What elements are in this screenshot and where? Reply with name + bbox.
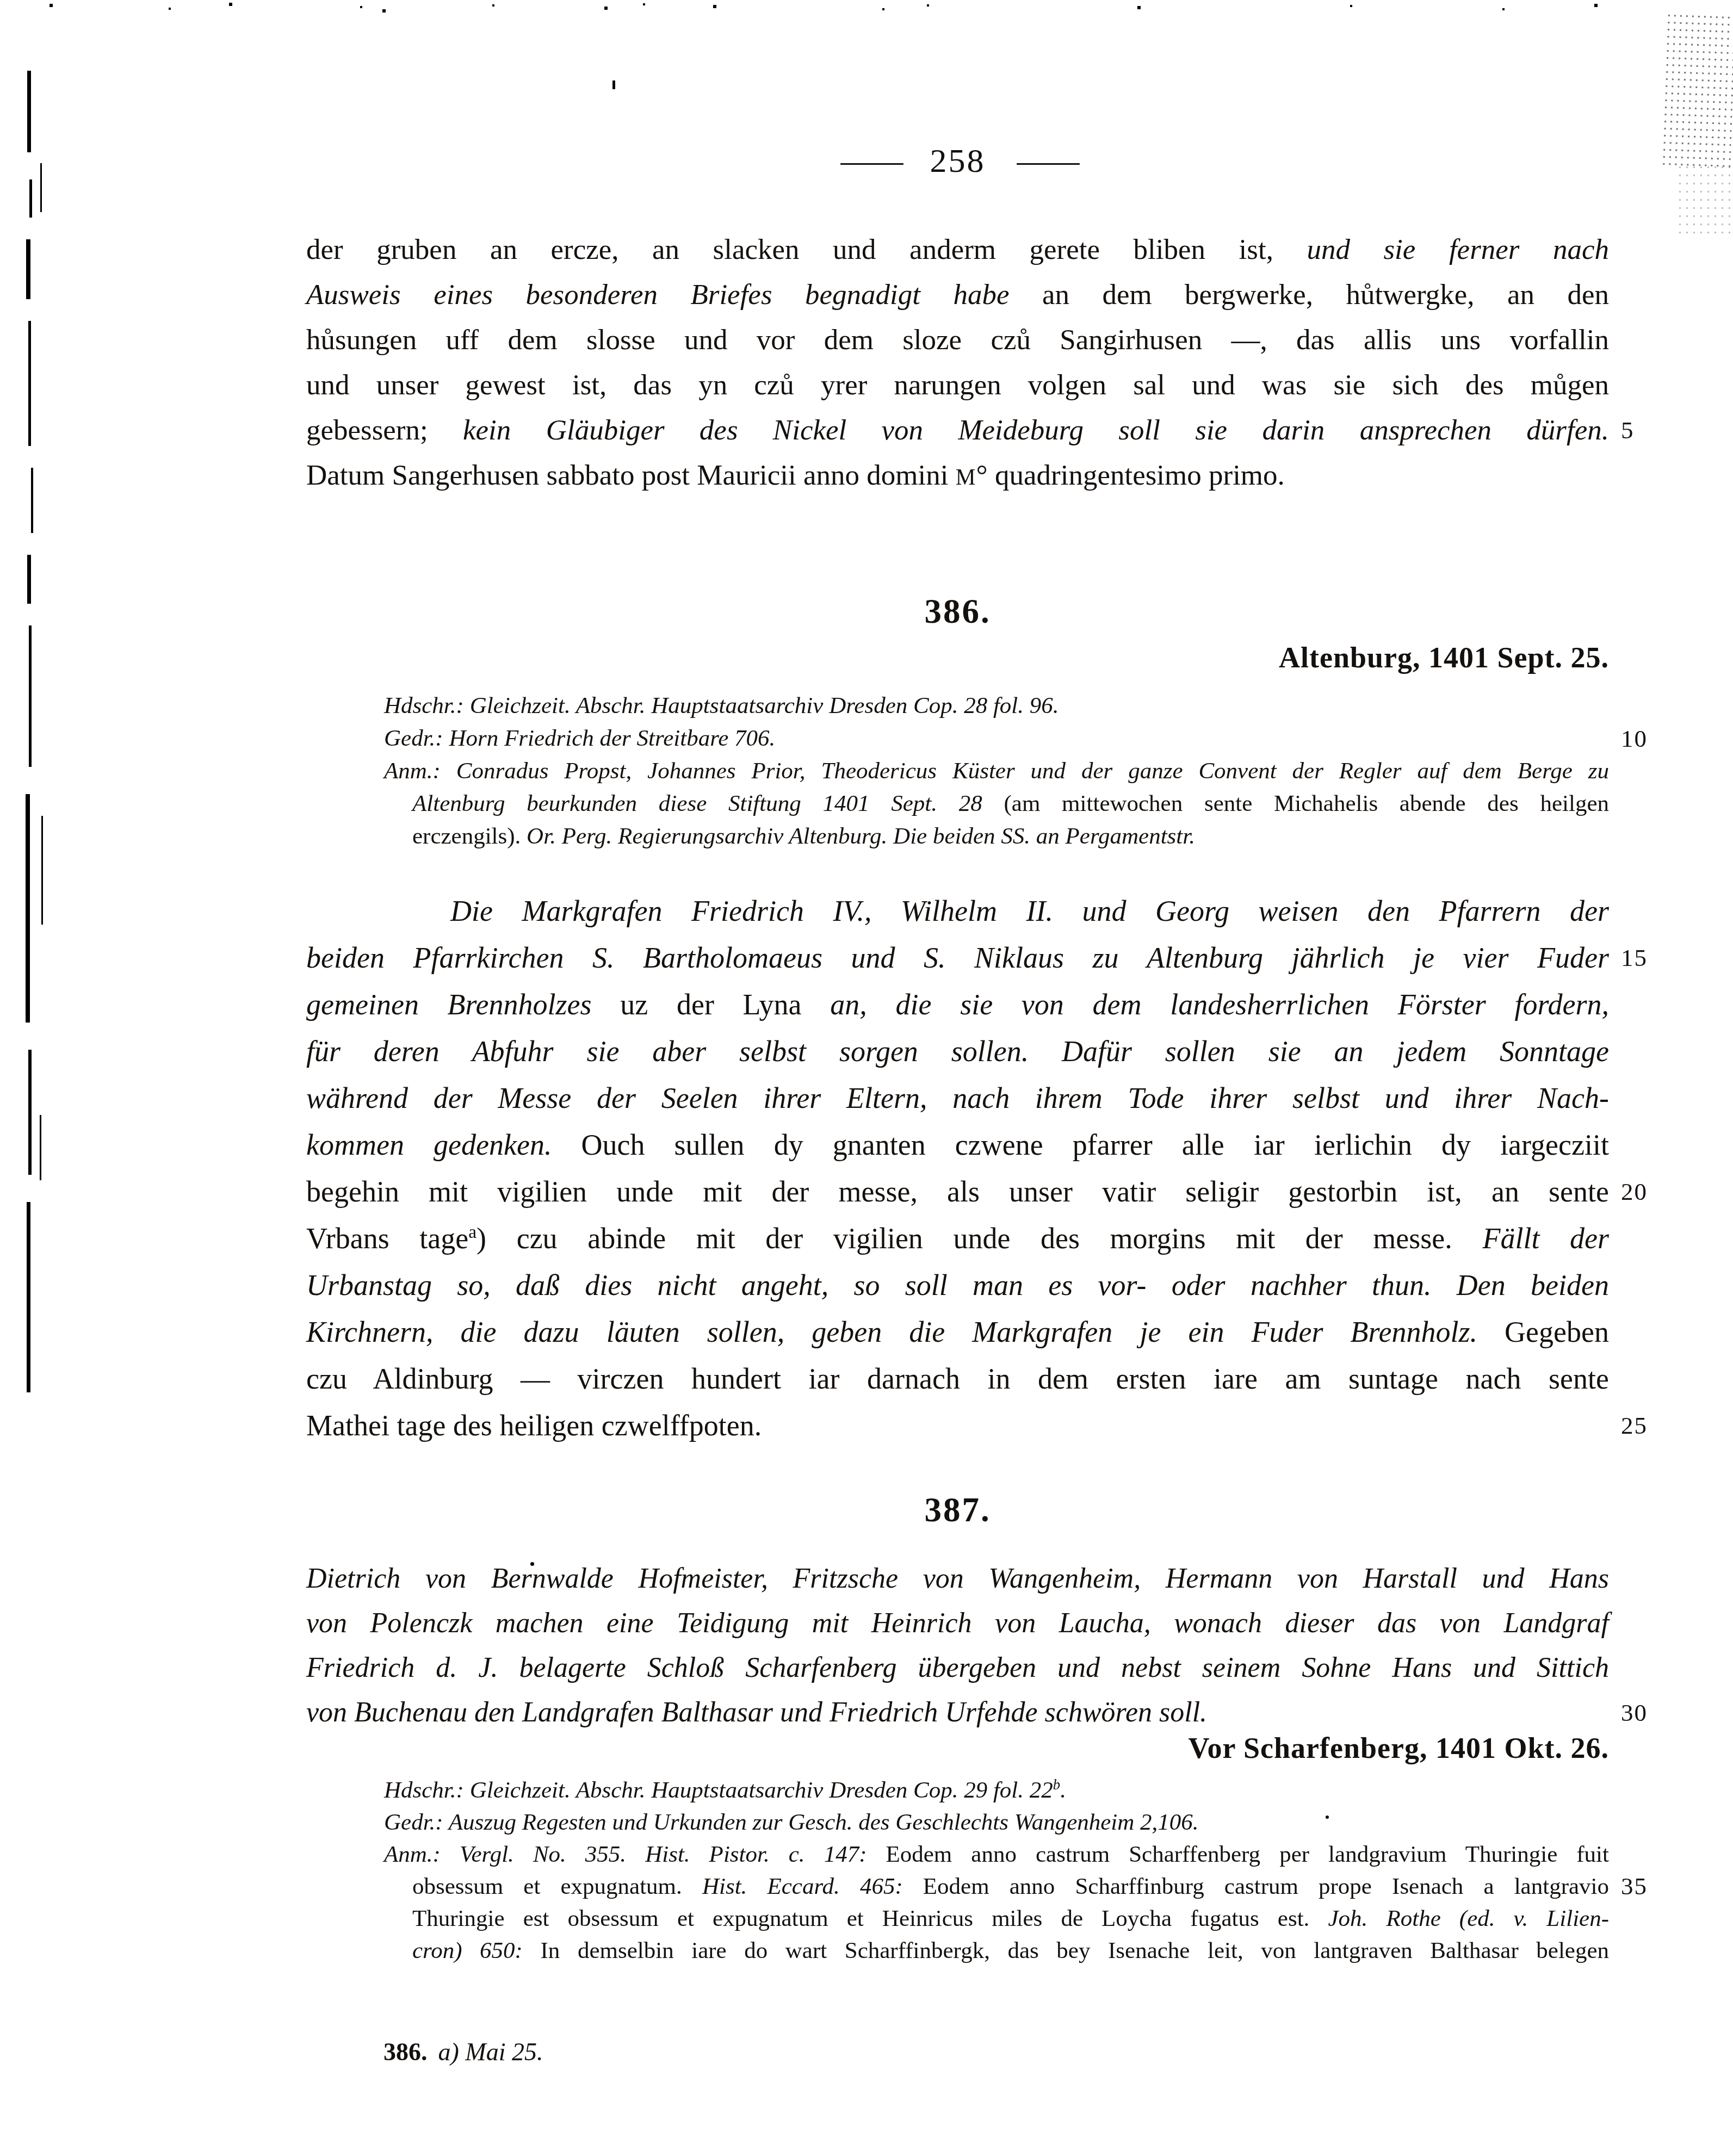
margin-line-number: 20 xyxy=(1621,1168,1692,1215)
text-line: Gedr.: Horn Friedrich der Streitbare 706… xyxy=(384,722,1609,755)
footnote: 386.a) Mai 25. xyxy=(383,2037,543,2067)
text-segment: kommen gedenken. xyxy=(306,1129,581,1161)
text-segment: während der Messe der Seelen ihrer Elter… xyxy=(306,1082,1609,1114)
text-line: kommen gedenken. Ouch sullen dy gnanten … xyxy=(306,1122,1609,1168)
text-line: Hdschr.: Gleichzeit. Abschr. Hauptstaats… xyxy=(384,690,1609,722)
entry-386-number-heading: 386. xyxy=(306,592,1609,631)
text-segment: . xyxy=(1060,1777,1066,1803)
text-line: Anm.: Vergl. No. 355. Hist. Pistor. c. 1… xyxy=(384,1838,1609,1870)
text-line: während der Messe der Seelen ihrer Elter… xyxy=(306,1075,1609,1122)
text-line: Kirchnern, die dazu läuten sollen, geben… xyxy=(306,1309,1609,1355)
text-segment: begehin mit vigilien unde mit der messe,… xyxy=(306,1175,1609,1208)
text-segment: quadringentesimo primo. xyxy=(988,460,1285,491)
text-segment: cron) 650: xyxy=(412,1938,541,1963)
text-line: Gedr.: Auszug Regesten und Urkunden zur … xyxy=(384,1806,1609,1838)
scan-artifact-halftone-top-right-fade xyxy=(1676,163,1733,234)
text-segment: Ausweis eines besonderen Briefes begnadi… xyxy=(306,279,1042,311)
scan-artifact-left-edge xyxy=(29,625,32,767)
text-segment: Mathei tage des heiligen czwelffpoten. xyxy=(306,1409,762,1442)
text-line: Dietrich von Bernwalde Hofmeister, Fritz… xyxy=(306,1557,1609,1601)
text-segment: für deren Abfuhr sie aber selbst sorgen … xyxy=(306,1035,1609,1068)
text-segment: Gegeben xyxy=(1505,1316,1609,1348)
scan-artifact-left-edge-thin xyxy=(40,1115,41,1180)
text-segment: Or. Perg. Regierungsarchiv Altenburg. Di… xyxy=(527,823,1195,849)
text-segment: kein Gläubiger des Nickel von Meideburg … xyxy=(463,414,1609,446)
text-segment: Thuringie est obsessum et expugnatum et … xyxy=(412,1906,1328,1931)
text-segment: ° xyxy=(976,460,988,491)
text-segment: Friedrich d. J. belagerte Schloß Scharfe… xyxy=(306,1652,1609,1683)
scan-artifact-left-edge xyxy=(26,239,30,299)
text-line: der gruben an ercze, an slacken und ande… xyxy=(306,227,1609,272)
text-line: cron) 650: In demselbin iare do wart Sch… xyxy=(384,1935,1609,1967)
footnote-entry-ref: 386. xyxy=(383,2038,428,2066)
text-segment: beiden Pfarrkirchen S. Bartholomaeus und… xyxy=(306,941,1609,974)
text-segment: Anm.: Vergl. No. 355. Hist. Pistor. c. 1… xyxy=(384,1842,886,1867)
header-dash-right: —— xyxy=(1017,143,1075,179)
text-line: erczengils). Or. Perg. Regierungsarchiv … xyxy=(384,820,1609,853)
text-segment: Altenburg beurkunden diese Stiftung 1401… xyxy=(412,791,1004,816)
text-segment: Eodem anno Scharffinburg castrum prope I… xyxy=(923,1874,1609,1899)
page-number: 258 xyxy=(930,143,986,179)
text-segment: In demselbin iare do wart Scharffinbergk… xyxy=(541,1938,1609,1963)
text-line: Altenburg beurkunden diese Stiftung 1401… xyxy=(384,788,1609,820)
text-segment: M xyxy=(956,464,976,490)
scan-artifact-left-edge xyxy=(31,468,33,533)
text-segment: und sie ferner nach xyxy=(1307,234,1609,265)
text-line: von Polenczk machen eine Teidigung mit H… xyxy=(306,1601,1609,1646)
text-line: Hdschr.: Gleichzeit. Abschr. Hauptstaats… xyxy=(384,1774,1609,1806)
text-segment: Urbanstag so, daß dies nicht angeht, so … xyxy=(306,1269,1609,1302)
page-number-header: ——258—— xyxy=(306,139,1609,183)
scan-artifact-left-edge xyxy=(28,1050,32,1175)
entry-386-regesta: Die Markgrafen Friedrich IV., Wilhelm II… xyxy=(306,888,1609,1449)
text-line: hůsungen uff dem slosse und vor dem sloz… xyxy=(306,318,1609,363)
text-line: Ausweis eines besonderen Briefes begnadi… xyxy=(306,272,1609,318)
text-segment: Datum Sangerhusen sabbato post Mauricii … xyxy=(306,460,956,491)
margin-line-number: 25 xyxy=(1621,1402,1692,1449)
text-segment: czu Aldinburg — virczen hundert iar darn… xyxy=(306,1362,1609,1395)
text-line: gemeinen Brennholzes uz der Lyna an, die… xyxy=(306,981,1609,1028)
text-line: Friedrich d. J. belagerte Schloß Scharfe… xyxy=(306,1646,1609,1690)
text-segment: obsessum et expugnatum. xyxy=(412,1874,702,1899)
scan-artifact-halftone-top-right xyxy=(1661,12,1733,172)
entry-386-dateline: Altenburg, 1401 Sept. 25. xyxy=(306,641,1609,674)
text-segment: an, die sie von dem landesherrlichen För… xyxy=(830,988,1609,1021)
text-segment: Fällt der xyxy=(1482,1222,1609,1255)
margin-line-number: 35 xyxy=(1621,1870,1692,1903)
text-segment: Vrbans tage xyxy=(306,1222,468,1255)
text-segment: Kirchnern, die dazu läuten sollen, geben… xyxy=(306,1316,1505,1348)
text-segment: a xyxy=(468,1222,476,1242)
text-segment: Dietrich von Bernwalde Hofmeister, Fritz… xyxy=(306,1563,1609,1594)
text-line: und unser gewest ist, das yn czů yrer na… xyxy=(306,363,1609,408)
text-segment: (am mittewochen sente Michahelis abende … xyxy=(1004,791,1609,816)
text-segment: b xyxy=(1053,1776,1060,1793)
text-segment: Ouch sullen dy gnanten czwene pfarrer al… xyxy=(581,1129,1609,1161)
continuation-paragraph: der gruben an ercze, an slacken und ande… xyxy=(306,227,1609,500)
margin-line-number: 15 xyxy=(1621,934,1692,981)
scan-artifact-tick xyxy=(612,80,615,89)
scan-artifact-top-specks xyxy=(0,3,2,5)
text-segment: hůsungen uff dem slosse und vor dem sloz… xyxy=(306,324,1609,356)
margin-line-number: 10 xyxy=(1621,722,1692,755)
text-segment: uz der Lyna xyxy=(620,988,830,1021)
entry-387-number-heading: 387. xyxy=(306,1490,1609,1529)
text-segment: Hdschr.: Gleichzeit. Abschr. Hauptstaats… xyxy=(384,1777,1053,1803)
scan-artifact-left-edge xyxy=(26,794,30,1023)
scanned-book-page: ——258—— der gruben an ercze, an slacken … xyxy=(0,0,1733,2156)
entry-387-regesta: Dietrich von Bernwalde Hofmeister, Fritz… xyxy=(306,1557,1609,1735)
text-segment: Hdschr.: Gleichzeit. Abschr. Hauptstaats… xyxy=(384,693,1059,718)
scan-artifact-left-edge xyxy=(27,71,31,152)
text-line: Urbanstag so, daß dies nicht angeht, so … xyxy=(306,1262,1609,1309)
footnote-text: a) Mai 25. xyxy=(438,2038,543,2066)
scan-artifact-left-edge xyxy=(29,179,32,218)
text-segment: der gruben an ercze, an slacken und ande… xyxy=(306,234,1307,265)
text-line: obsessum et expugnatum. Hist. Eccard. 46… xyxy=(384,1870,1609,1903)
scan-artifact-left-edge-thin xyxy=(40,163,42,212)
margin-line-number: 5 xyxy=(1621,408,1692,453)
text-line: Vrbans tagea) czu abinde mit der vigilie… xyxy=(306,1215,1609,1262)
scan-artifact-left-edge xyxy=(27,555,31,604)
text-segment: gemeinen Brennholzes xyxy=(306,988,620,1021)
text-segment: Anm.: Conradus Propst, Johannes Prior, T… xyxy=(384,758,1609,784)
text-segment: an dem bergwerke, hůtwergke, an den xyxy=(1042,279,1609,311)
entry-387-source-block: Hdschr.: Gleichzeit. Abschr. Hauptstaats… xyxy=(384,1774,1609,1967)
scan-artifact-left-edge xyxy=(27,1202,30,1392)
text-line: begehin mit vigilien unde mit der messe,… xyxy=(306,1168,1609,1215)
text-segment: ) czu abinde mit der vigilien unde des m… xyxy=(476,1222,1482,1255)
text-line: Datum Sangerhusen sabbato post Mauricii … xyxy=(306,453,1609,500)
text-segment: Hist. Eccard. 465: xyxy=(702,1874,923,1899)
text-line: Thuringie est obsessum et expugnatum et … xyxy=(384,1903,1609,1935)
margin-line-number: 30 xyxy=(1621,1690,1692,1735)
text-segment: und unser gewest ist, das yn czů yrer na… xyxy=(306,369,1609,401)
text-line: Anm.: Conradus Propst, Johannes Prior, T… xyxy=(384,755,1609,788)
text-segment: erczengils). xyxy=(412,823,527,849)
scan-artifact-left-edge-thin xyxy=(41,816,43,925)
text-line: von Buchenau den Landgrafen Balthasar un… xyxy=(306,1690,1609,1735)
text-segment: Joh. Rothe (ed. v. Lilien- xyxy=(1328,1906,1609,1931)
text-segment: Gedr.: Horn Friedrich der Streitbare 706… xyxy=(384,726,775,751)
entry-386-source-block: Hdschr.: Gleichzeit. Abschr. Hauptstaats… xyxy=(384,690,1609,853)
text-segment: gebessern; xyxy=(306,414,463,446)
text-segment: Die Markgrafen Friedrich IV., Wilhelm II… xyxy=(450,895,1609,927)
header-dash-left: —— xyxy=(841,143,899,179)
text-segment: Eodem anno castrum Scharffenberg per lan… xyxy=(886,1842,1610,1867)
text-line: czu Aldinburg — virczen hundert iar darn… xyxy=(306,1355,1609,1402)
text-line: beiden Pfarrkirchen S. Bartholomaeus und… xyxy=(306,934,1609,981)
entry-387-dateline: Vor Scharfenberg, 1401 Okt. 26. xyxy=(306,1731,1609,1765)
text-line: Mathei tage des heiligen czwelffpoten.25 xyxy=(306,1402,1609,1449)
text-line: für deren Abfuhr sie aber selbst sorgen … xyxy=(306,1028,1609,1075)
text-line: gebessern; kein Gläubiger des Nickel von… xyxy=(306,408,1609,453)
text-line: Die Markgrafen Friedrich IV., Wilhelm II… xyxy=(306,888,1609,934)
text-segment: von Buchenau den Landgrafen Balthasar un… xyxy=(306,1697,1207,1728)
text-segment: von Polenczk machen eine Teidigung mit H… xyxy=(306,1608,1609,1639)
text-segment: Gedr.: Auszug Regesten und Urkunden zur … xyxy=(384,1810,1199,1835)
scan-artifact-left-edge xyxy=(28,321,31,446)
